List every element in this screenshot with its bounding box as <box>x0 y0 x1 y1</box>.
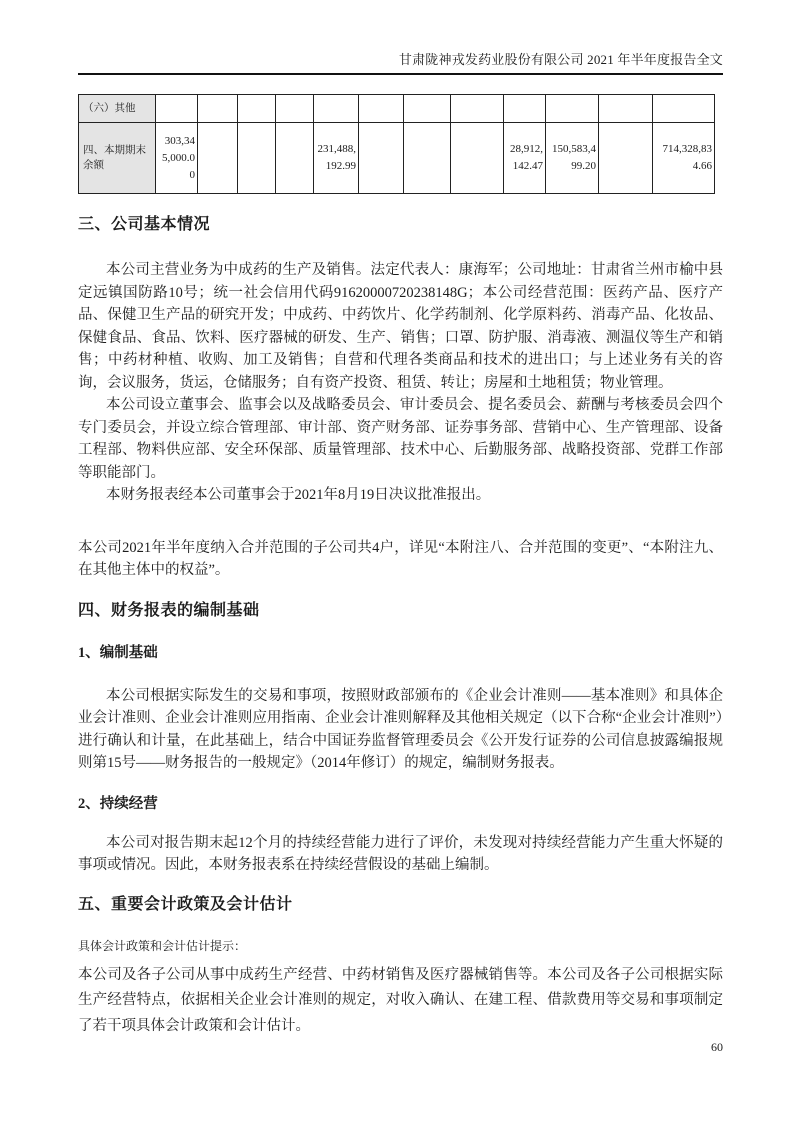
section-4-2-heading: 2、持续经营 <box>78 796 723 812</box>
section-4-1-paragraph: 本公司根据实际发生的交易和事项，按照财政部颁布的《企业会计准则——基本准则》和具… <box>78 685 723 775</box>
section-5-paragraph: 本公司及各子公司从事中成药生产经营、中药材销售及医疗器械销售等。本公司及各子公司… <box>78 963 723 1040</box>
section-4-1-heading: 1、编制基础 <box>78 645 723 661</box>
table-cell <box>238 95 276 123</box>
table-cell <box>198 123 238 194</box>
table-cell <box>546 95 599 123</box>
report-page: 甘肃陇神戎发药业股份有限公司 2021 年半年度报告全文 （六）其他 <box>0 0 793 1122</box>
section-3-heading: 三、公司基本情况 <box>78 216 723 234</box>
consolidation-scope-paragraph: 本公司2021年半年度纳入合并范围的子公司共4户，详见“本附注八、合并范围的变更… <box>78 537 723 582</box>
row-label-cell: 四、本期期末余额 <box>79 123 156 194</box>
table-cell <box>404 95 451 123</box>
table-cell <box>314 95 359 123</box>
table-cell <box>451 123 504 194</box>
table-cell <box>359 95 404 123</box>
table-cell <box>653 95 715 123</box>
table-cell: 150,583,499.20 <box>546 123 599 194</box>
table-cell <box>451 95 504 123</box>
table-cell <box>156 95 198 123</box>
report-title: 甘肃陇神戎发药业股份有限公司 2021 年半年度报告全文 <box>399 52 723 67</box>
table-cell <box>504 95 546 123</box>
table-cell <box>599 95 653 123</box>
page-content: 甘肃陇神戎发药业股份有限公司 2021 年半年度报告全文 （六）其他 <box>78 0 723 1039</box>
section-5-heading: 五、重要会计政策及会计估计 <box>78 896 723 914</box>
table-row-other: （六）其他 <box>79 95 715 123</box>
row-label-cell: （六）其他 <box>79 95 156 123</box>
table-cell <box>599 123 653 194</box>
table-cell: 28,912,142.47 <box>504 123 546 194</box>
table-cell <box>276 95 314 123</box>
table-cell <box>359 123 404 194</box>
section-4-heading: 四、财务报表的编制基础 <box>78 602 723 620</box>
table-cell <box>404 123 451 194</box>
page-number: 60 <box>711 1040 723 1055</box>
table-cell <box>238 123 276 194</box>
table-cell <box>276 123 314 194</box>
section-4-2-paragraph: 本公司对报告期末起12个月的持续经营能力进行了评价，未发现对持续经营能力产生重大… <box>78 832 723 877</box>
section-3-paragraph-2: 本公司设立董事会、监事会以及战略委员会、审计委员会、提名委员会、薪酬与考核委员会… <box>78 394 723 484</box>
table-cell <box>198 95 238 123</box>
table-cell: 231,488,192.99 <box>314 123 359 194</box>
running-header: 甘肃陇神戎发药业股份有限公司 2021 年半年度报告全文 <box>78 0 723 75</box>
table-cell: 303,345,000.00 <box>156 123 198 194</box>
table-cell: 714,328,834.66 <box>653 123 715 194</box>
equity-changes-table: （六）其他 四、本期期末余额 303,345,000.00 <box>78 94 715 194</box>
section-3-paragraph-3: 本财务报表经本公司董事会于2021年8月19日决议批准报出。 <box>78 484 723 507</box>
section-3-paragraph-1: 本公司主营业务为中成药的生产及销售。法定代表人：康海军；公司地址：甘肃省兰州市榆… <box>78 259 723 394</box>
table-row-closing-balance: 四、本期期末余额 303,345,000.00 231,488,192.99 2… <box>79 123 715 194</box>
accounting-policy-note: 具体会计政策和会计估计提示： <box>78 939 723 954</box>
